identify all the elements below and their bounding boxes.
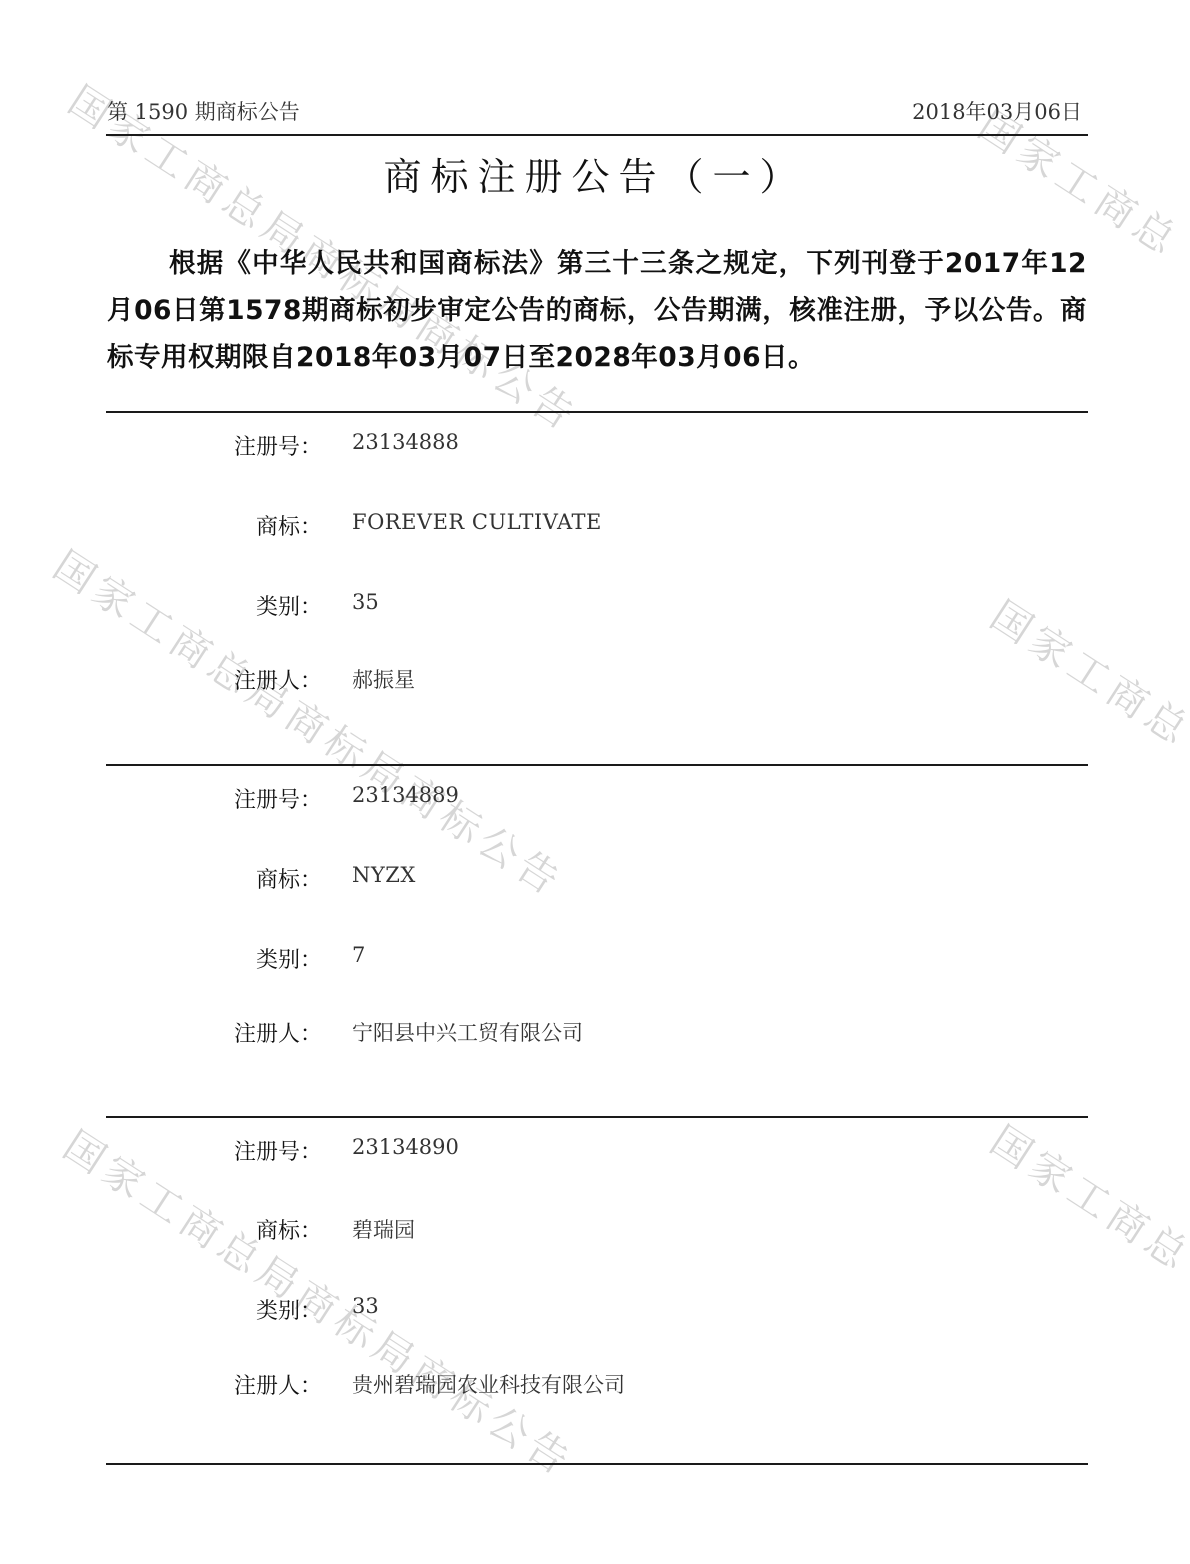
registrant-label: 注册人： bbox=[234, 1017, 322, 1048]
field-class: 类别： 33 bbox=[0, 1294, 1190, 1334]
class-value: 7 bbox=[352, 943, 365, 967]
record-divider bbox=[106, 1116, 1088, 1118]
field-registrant: 注册人： 郝振星 bbox=[0, 664, 1190, 704]
issue-date: 2018年03月06日 bbox=[912, 96, 1082, 126]
class-value: 33 bbox=[352, 1294, 379, 1318]
mark-label: 商标： bbox=[256, 510, 322, 541]
field-class: 类别： 35 bbox=[0, 590, 1190, 630]
field-reg-no: 注册号： 23134890 bbox=[0, 1135, 1190, 1175]
mark-value: NYZX bbox=[352, 863, 416, 887]
reg-no-label: 注册号： bbox=[234, 1135, 322, 1166]
mark-value: 碧瑞园 bbox=[352, 1214, 415, 1244]
header-divider bbox=[106, 134, 1088, 136]
bottom-divider bbox=[106, 1463, 1088, 1465]
reg-no-value: 23134890 bbox=[352, 1135, 459, 1159]
class-label: 类别： bbox=[256, 943, 322, 974]
class-label: 类别： bbox=[256, 590, 322, 621]
registrant-label: 注册人： bbox=[234, 664, 322, 695]
intro-paragraph: 根据《中华人民共和国商标法》第三十三条之规定，下列刊登于2017年12月06日第… bbox=[107, 240, 1087, 381]
mark-label: 商标： bbox=[256, 1214, 322, 1245]
class-value: 35 bbox=[352, 590, 379, 614]
reg-no-value: 23134889 bbox=[352, 783, 459, 807]
issue-number: 第 1590 期商标公告 bbox=[107, 96, 300, 126]
field-class: 类别： 7 bbox=[0, 943, 1190, 983]
field-mark: 商标： 碧瑞园 bbox=[0, 1214, 1190, 1254]
field-mark: 商标： FOREVER CULTIVATE bbox=[0, 510, 1190, 550]
reg-no-label: 注册号： bbox=[234, 430, 322, 461]
section-divider bbox=[106, 411, 1088, 413]
announcement-page: 国家工商总局商标局商标公告 国家工商总 国家工商总局商标局商标公告 国家工商总 … bbox=[0, 0, 1190, 1564]
mark-label: 商标： bbox=[256, 863, 322, 894]
reg-no-value: 23134888 bbox=[352, 430, 459, 454]
page-title: 商标注册公告（一） bbox=[0, 146, 1190, 201]
registrant-label: 注册人： bbox=[234, 1369, 322, 1400]
field-mark: 商标： NYZX bbox=[0, 863, 1190, 903]
registrant-value: 郝振星 bbox=[352, 664, 415, 694]
class-label: 类别： bbox=[256, 1294, 322, 1325]
reg-no-label: 注册号： bbox=[234, 783, 322, 814]
field-registrant: 注册人： 贵州碧瑞园农业科技有限公司 bbox=[0, 1369, 1190, 1409]
registrant-value: 贵州碧瑞园农业科技有限公司 bbox=[352, 1369, 625, 1399]
field-reg-no: 注册号： 23134888 bbox=[0, 430, 1190, 470]
field-registrant: 注册人： 宁阳县中兴工贸有限公司 bbox=[0, 1017, 1190, 1057]
mark-value: FOREVER CULTIVATE bbox=[352, 510, 602, 534]
registrant-value: 宁阳县中兴工贸有限公司 bbox=[352, 1017, 583, 1047]
field-reg-no: 注册号： 23134889 bbox=[0, 783, 1190, 823]
record-divider bbox=[106, 764, 1088, 766]
